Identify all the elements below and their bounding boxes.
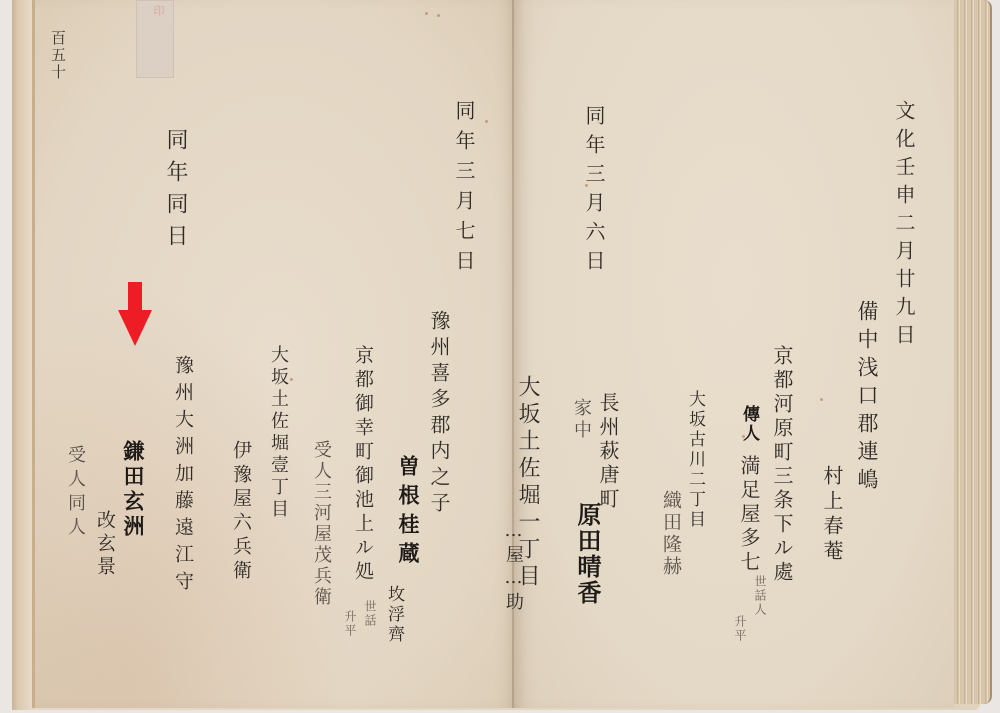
entry1-sub-note: 世話人: [752, 575, 769, 617]
entry4-name: 鎌田玄洲: [118, 440, 148, 540]
page-edges: [954, 0, 992, 704]
entry1-name: 村上春菴: [818, 465, 847, 565]
entry1-sub-name: 満足屋多七: [735, 455, 764, 575]
foxing-spot: [742, 435, 745, 438]
entry3-osaka-name: 伊豫屋六兵衛: [228, 440, 255, 584]
entry1-location: 備中浅口郡連嶋: [852, 300, 882, 496]
entry3-name-suffix: 坆浮齊: [382, 585, 407, 645]
foxing-spot: [820, 398, 823, 401]
foxing-spot: [437, 14, 440, 17]
entry2-date: 同年三月六日: [580, 105, 609, 279]
entry1-osaka-location: 大坂古川二丁目: [683, 390, 708, 530]
library-tag: 印: [136, 0, 174, 78]
entry4-location: 豫州大洲加藤遠江守: [170, 355, 197, 598]
entry4-date: 同年同日: [160, 128, 191, 256]
page-number: 百五十: [48, 30, 69, 81]
entry2-location-sub: 家中: [568, 398, 594, 442]
foxing-spot: [290, 378, 293, 381]
entry1-sub-role: 傳人: [737, 405, 762, 443]
entry3-sub-location: 京都御幸町御池上ル処: [350, 345, 377, 585]
entry3-location: 豫州喜多郡内之子: [425, 310, 454, 518]
tag-stamp: 印: [145, 5, 165, 45]
entry1-sub-location: 京都河原町三条下ル處: [768, 345, 797, 585]
entry3-sub-note: 世話: [362, 600, 379, 628]
foxing-spot: [425, 12, 428, 15]
entry2-osaka-name: …屋…助: [500, 520, 526, 614]
entry3-name: 曽根桂蔵: [393, 455, 423, 571]
entry3-osaka-location: 大坂土佐堀壹丁目: [265, 345, 291, 521]
foxing-spot: [585, 184, 588, 187]
red-down-arrow-icon: [118, 282, 152, 346]
entry3-sub-fee: 升平: [342, 610, 359, 638]
entry2-name: 原田晴香: [570, 502, 605, 606]
entry3-date: 同年三月七日: [450, 100, 479, 280]
entry1-sub-fee: 升平: [732, 615, 749, 643]
open-book: [12, 0, 980, 710]
entry1-date: 文化壬申二月廿九日: [890, 100, 919, 352]
foxing-spot: [485, 120, 488, 123]
entry4-note: 受人同人: [62, 445, 88, 541]
entry4-name-sub: 改玄景: [92, 510, 119, 579]
entry2-location: 長州萩唐町: [594, 392, 623, 512]
entry1-osaka-name: 織田隆赫: [658, 490, 685, 578]
entry3-sub-role: 受人三河屋茂兵衛: [308, 440, 334, 608]
